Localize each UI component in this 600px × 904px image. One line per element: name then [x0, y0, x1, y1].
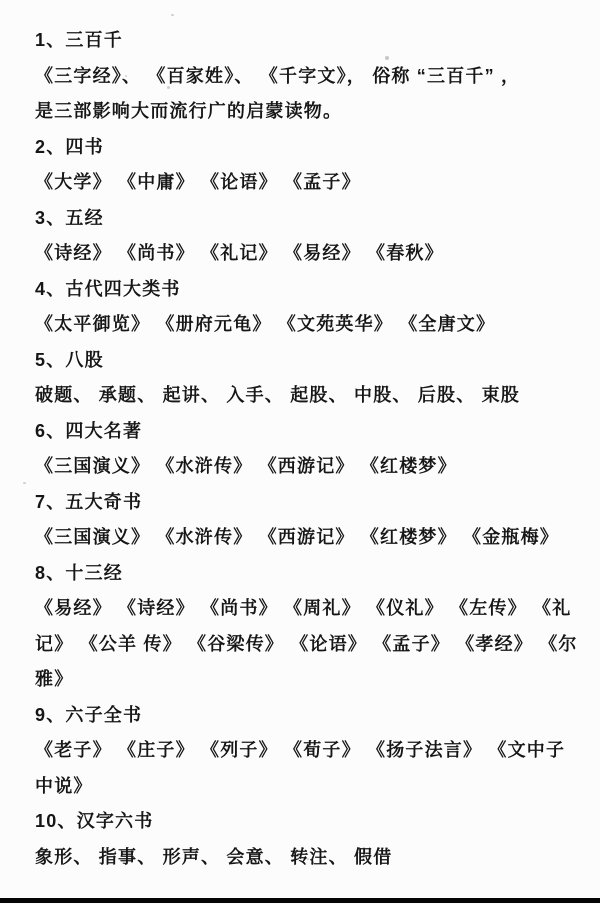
section-5-heading: 5、八股 — [35, 343, 600, 379]
section-1-line-2: 是三部影响大而流行广的启蒙读物。 — [35, 94, 600, 130]
section-8-heading: 8、十三经 — [35, 556, 600, 592]
section-7-line-1: 《三国演义》 《水浒传》 《西游记》 《红楼梦》 《金瓶梅》 — [35, 520, 600, 556]
section-2-line-1: 《大学》 《中庸》 《论语》 《孟子》 — [35, 165, 600, 201]
scan-speckle — [167, 86, 170, 89]
scan-bottom-edge-bar — [0, 898, 600, 903]
scan-speckle — [385, 56, 389, 60]
section-8-line-2: 记》 《公羊 传》 《谷梁传》 《论语》 《孟子》 《孝经》 《尔 — [35, 627, 600, 663]
section-4-line-1: 《太平御览》 《册府元龟》 《文苑英华》 《全唐文》 — [35, 307, 600, 343]
section-10-heading: 10、汉字六书 — [35, 804, 600, 840]
section-3-line-1: 《诗经》 《尚书》 《礼记》 《易经》 《春秋》 — [35, 236, 600, 272]
section-9-heading: 9、六子全书 — [35, 698, 600, 734]
section-6-line-1: 《三国演义》 《水浒传》 《西游记》 《红楼梦》 — [35, 449, 600, 485]
section-9-line-2: 中说》 — [35, 769, 600, 805]
section-1-heading: 1、三百千 — [35, 23, 600, 59]
scanned-document-page: 1、三百千 《三字经》、 《百家姓》、 《千字文》， 俗称 “三百千” ， 是三… — [0, 0, 600, 904]
section-5-line-1: 破题、 承题、 起讲、 入手、 起股、 中股、 后股、 束股 — [35, 378, 600, 414]
section-6-heading: 6、四大名著 — [35, 414, 600, 450]
scan-speckle — [23, 482, 26, 484]
scan-speckle — [171, 14, 174, 16]
section-8-line-1: 《易经》 《诗经》 《尚书》 《周礼》 《仪礼》 《左传》 《礼 — [35, 591, 600, 627]
scan-speckle — [307, 858, 309, 860]
scan-speckle — [125, 75, 127, 77]
section-8-line-3: 雅》 — [35, 662, 600, 698]
document-body: 1、三百千 《三字经》、 《百家姓》、 《千字文》， 俗称 “三百千” ， 是三… — [0, 0, 600, 875]
section-3-heading: 3、五经 — [35, 201, 600, 237]
section-7-heading: 7、五大奇书 — [35, 485, 600, 521]
section-1-line-1: 《三字经》、 《百家姓》、 《千字文》， 俗称 “三百千” ， — [35, 59, 600, 95]
section-10-line-1: 象形、 指事、 形声、 会意、 转注、 假借 — [35, 840, 600, 876]
section-4-heading: 4、古代四大类书 — [35, 272, 600, 308]
section-2-heading: 2、四书 — [35, 130, 600, 166]
section-9-line-1: 《老子》 《庄子》 《列子》 《荀子》 《扬子法言》 《文中子 — [35, 733, 600, 769]
